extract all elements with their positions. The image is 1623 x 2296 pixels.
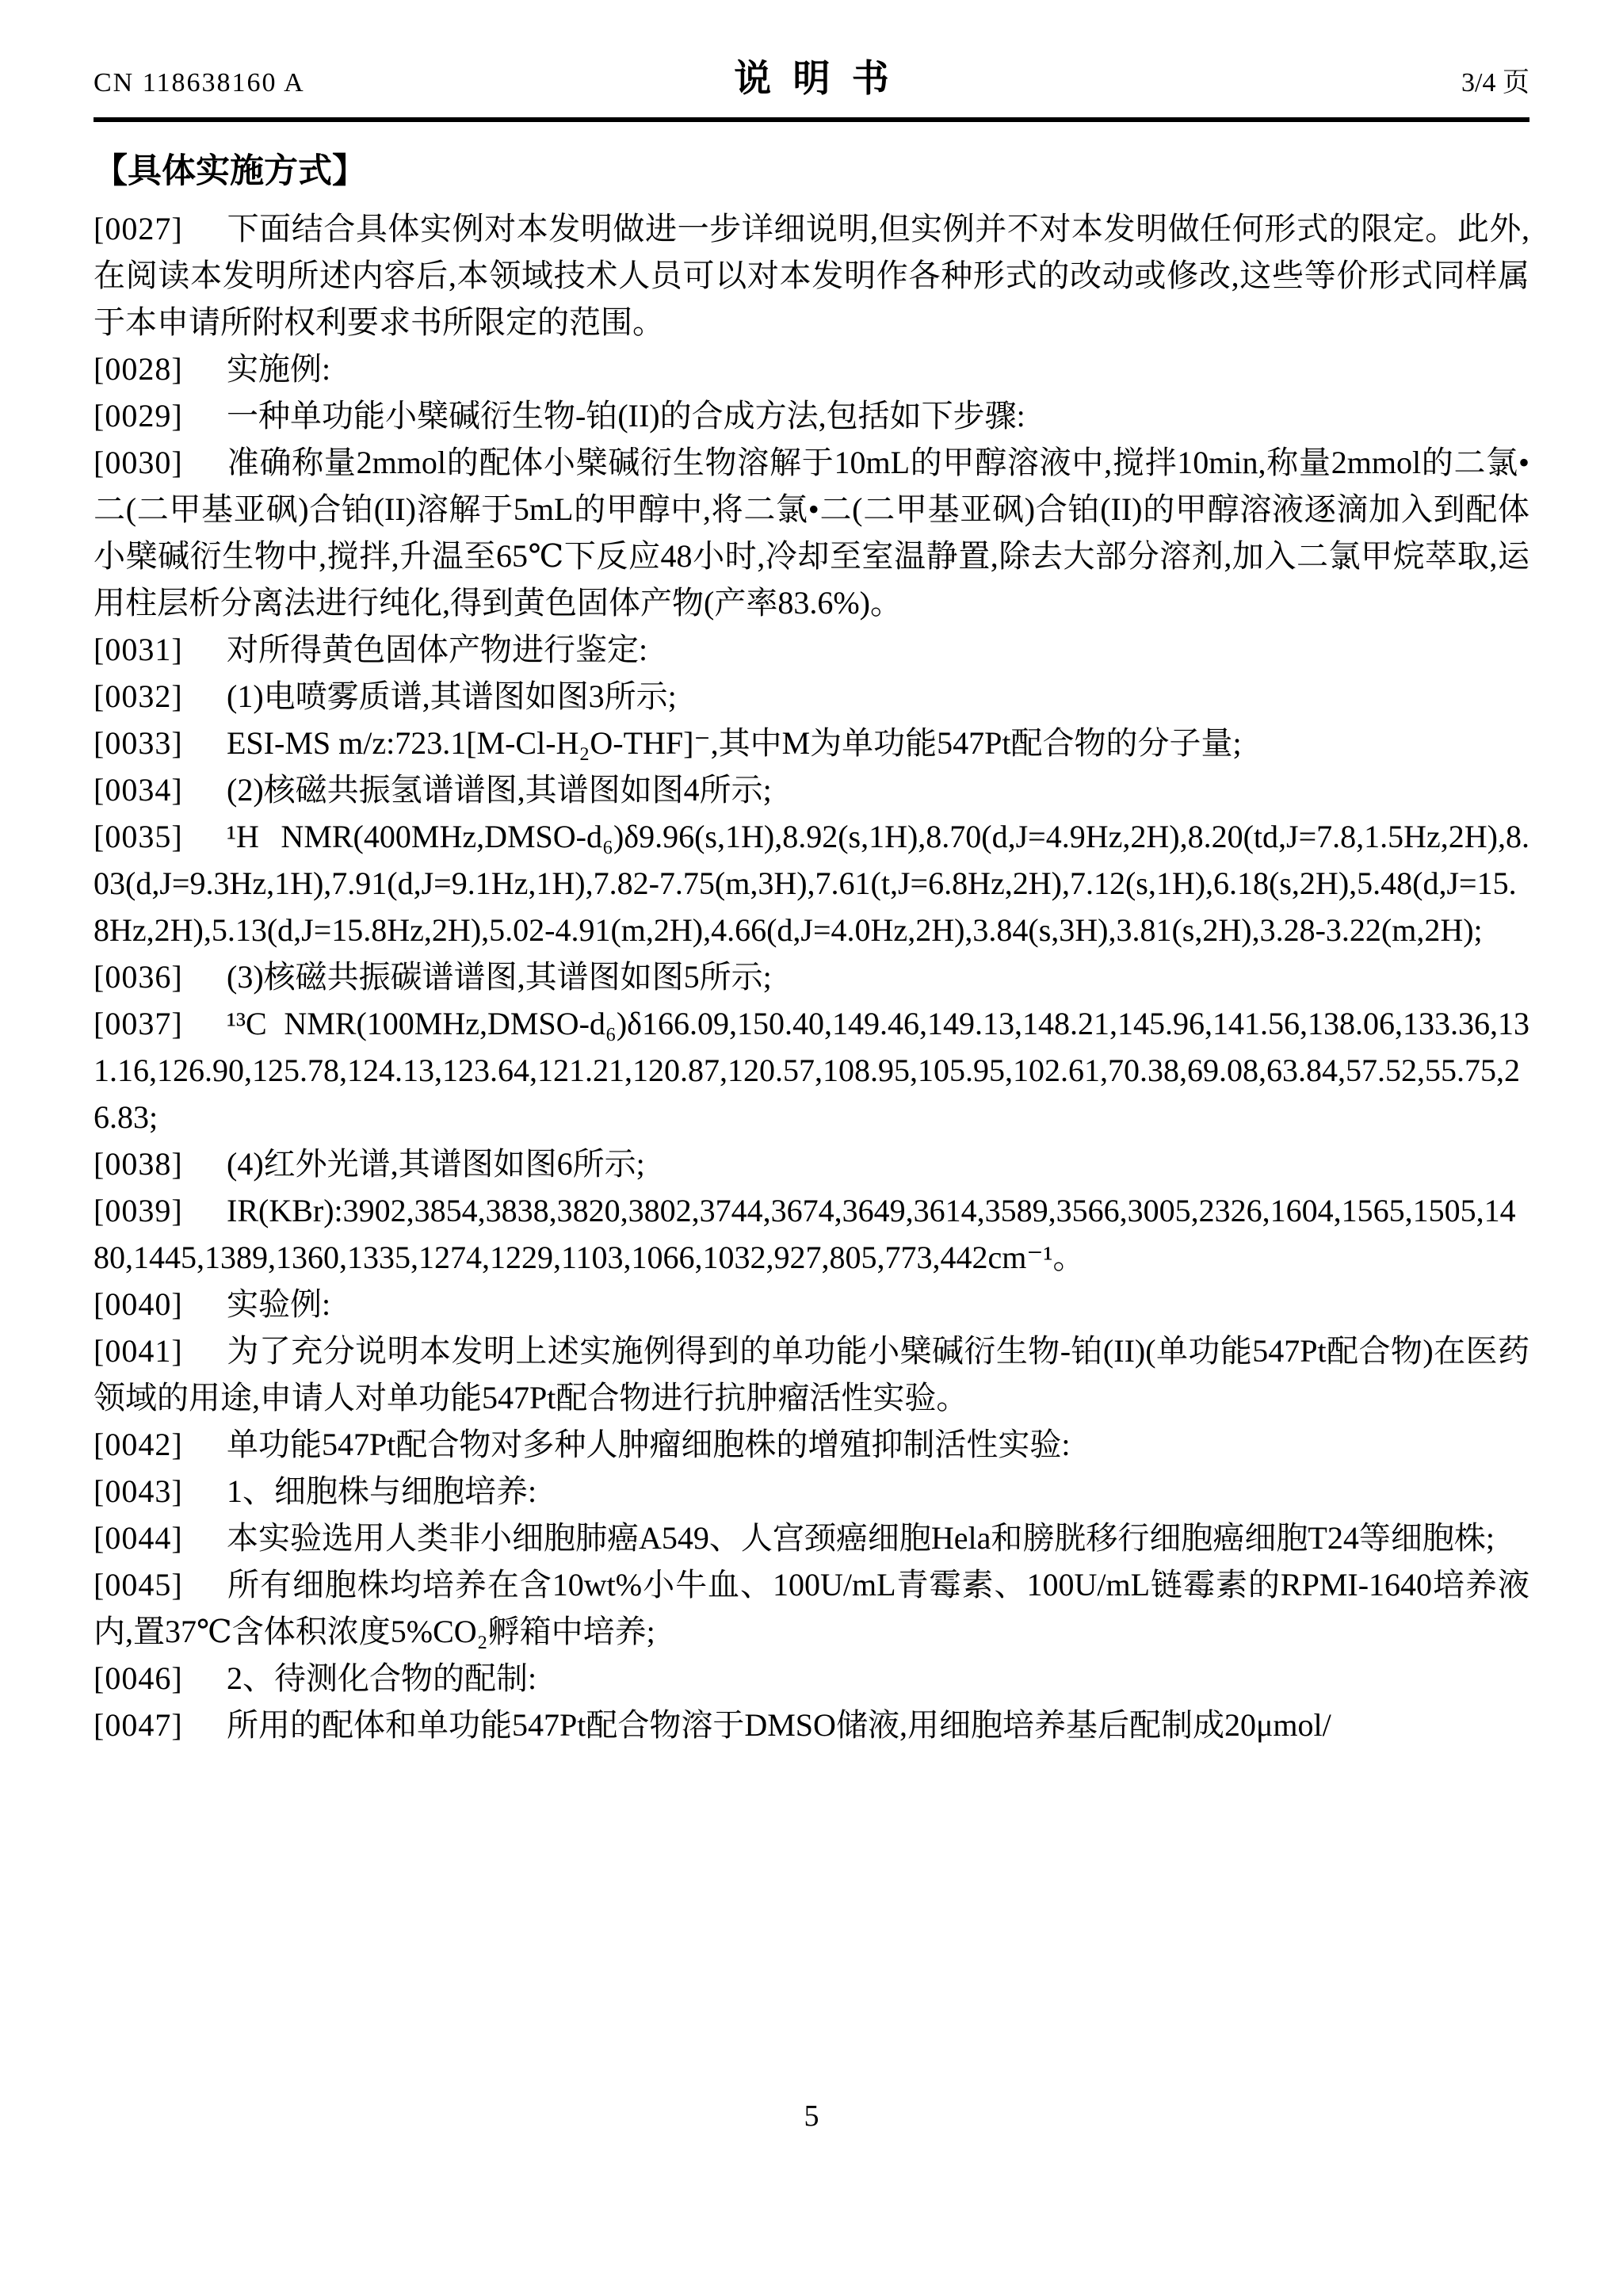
paragraph: [0033]ESI-MS m/z:723.1[M-Cl-H₂O-THF]⁻,其中… (94, 720, 1529, 766)
paragraph: [0036](3)核磁共振碳谱谱图,其谱图如图5所示; (94, 953, 1529, 1000)
paragraph-text: (3)核磁共振碳谱谱图,其谱图如图5所示; (227, 959, 772, 995)
section-heading: 【具体实施方式】 (94, 144, 1529, 193)
paragraph: [0030]准确称量2mmol的配体小檗碱衍生物溶解于10mL的甲醇溶液中,搅拌… (94, 439, 1529, 626)
paragraph-number: [0045] (94, 1561, 195, 1608)
paragraph: [0037]¹³C NMR(100MHz,DMSO-d₆)δ166.09,150… (94, 1000, 1529, 1140)
paragraph-text: 下面结合具体实例对本发明做进一步详细说明,但实例并不对本发明做任何形式的限定。此… (94, 211, 1529, 340)
paragraph-number: [0042] (94, 1421, 195, 1468)
paragraph: [0042]单功能547Pt配合物对多种人肿瘤细胞株的增殖抑制活性实验: (94, 1421, 1529, 1468)
paragraph-text: 实验例: (227, 1286, 330, 1322)
paragraph-number: [0038] (94, 1140, 195, 1187)
paragraph-number: [0036] (94, 953, 195, 1000)
paragraph-text: ¹H NMR(400MHz,DMSO-d₆)δ9.96(s,1H),8.92(s… (94, 819, 1529, 948)
paragraph-text: (1)电喷雾质谱,其谱图如图3所示; (227, 678, 677, 714)
paragraph: [0027]下面结合具体实例对本发明做进一步详细说明,但实例并不对本发明做任何形… (94, 205, 1529, 346)
page-indicator: 3/4 页 (1189, 60, 1529, 99)
paragraph: [0046]2、待测化合物的配制: (94, 1655, 1529, 1702)
paragraph-text: 实施例: (227, 351, 330, 387)
paragraph-text: 单功能547Pt配合物对多种人肿瘤细胞株的增殖抑制活性实验: (227, 1427, 1070, 1462)
paragraph-text: (4)红外光谱,其谱图如图6所示; (227, 1146, 645, 1182)
paragraph-text: 所用的配体和单功能547Pt配合物溶于DMSO储液,用细胞培养基后配制成20μm… (227, 1707, 1331, 1743)
specification-body: [0027]下面结合具体实例对本发明做进一步详细说明,但实例并不对本发明做任何形… (94, 205, 1529, 1748)
page-number: 5 (804, 2099, 819, 2133)
doc-title: 说明书 (434, 49, 1189, 102)
paragraph-text: 本实验选用人类非小细胞肺癌A549、人宫颈癌细胞Hela和膀胱移行细胞癌细胞T2… (227, 1520, 1495, 1556)
paragraph: [0029]一种单功能小檗碱衍生物-铂(II)的合成方法,包括如下步骤: (94, 392, 1529, 439)
page-footer: 5 (0, 2099, 1623, 2134)
paragraph-number: [0028] (94, 346, 195, 392)
paragraph-number: [0046] (94, 1655, 195, 1702)
paragraph: [0035]¹H NMR(400MHz,DMSO-d₆)δ9.96(s,1H),… (94, 813, 1529, 953)
paragraph-number: [0044] (94, 1515, 195, 1561)
paragraph-number: [0033] (94, 720, 195, 766)
paragraph-text: IR(KBr):3902,3854,3838,3820,3802,3744,36… (94, 1193, 1516, 1275)
paragraph-number: [0032] (94, 673, 195, 720)
paragraph: [0034](2)核磁共振氢谱谱图,其谱图如图4所示; (94, 766, 1529, 813)
paragraph-number: [0040] (94, 1281, 195, 1328)
doc-number: CN 118638160 A (94, 68, 434, 98)
paragraph: [0040]实验例: (94, 1281, 1529, 1328)
paragraph: [0028]实施例: (94, 346, 1529, 392)
paragraph: [0031]对所得黄色固体产物进行鉴定: (94, 626, 1529, 673)
paragraph-number: [0027] (94, 205, 195, 252)
paragraph-text: ¹³C NMR(100MHz,DMSO-d₆)δ166.09,150.40,14… (94, 1006, 1529, 1135)
paragraph-text: 2、待测化合物的配制: (227, 1660, 537, 1696)
paragraph-text: 一种单功能小檗碱衍生物-铂(II)的合成方法,包括如下步骤: (227, 398, 1025, 434)
paragraph-text: 准确称量2mmol的配体小檗碱衍生物溶解于10mL的甲醇溶液中,搅拌10min,… (94, 445, 1529, 621)
paragraph: [0044]本实验选用人类非小细胞肺癌A549、人宫颈癌细胞Hela和膀胱移行细… (94, 1515, 1529, 1561)
paragraph-number: [0047] (94, 1702, 195, 1748)
paragraph-number: [0041] (94, 1328, 195, 1374)
paragraph: [0043]1、细胞株与细胞培养: (94, 1468, 1529, 1515)
paragraph-number: [0043] (94, 1468, 195, 1515)
paragraph-number: [0039] (94, 1187, 195, 1234)
page-header: CN 118638160 A 说明书 3/4 页 (94, 49, 1529, 90)
paragraph: [0039]IR(KBr):3902,3854,3838,3820,3802,3… (94, 1187, 1529, 1281)
paragraph-number: [0029] (94, 392, 195, 439)
paragraph: [0038](4)红外光谱,其谱图如图6所示; (94, 1140, 1529, 1187)
paragraph: [0045]所有细胞株均培养在含10wt%小牛血、100U/mL青霉素、100U… (94, 1561, 1529, 1655)
paragraph-text: 所有细胞株均培养在含10wt%小牛血、100U/mL青霉素、100U/mL链霉素… (94, 1567, 1529, 1649)
paragraph: [0047]所用的配体和单功能547Pt配合物溶于DMSO储液,用细胞培养基后配… (94, 1702, 1529, 1748)
paragraph: [0032](1)电喷雾质谱,其谱图如图3所示; (94, 673, 1529, 720)
paragraph-text: (2)核磁共振氢谱谱图,其谱图如图4所示; (227, 772, 772, 808)
header-divider (94, 117, 1529, 122)
paragraph-number: [0030] (94, 439, 195, 486)
paragraph-text: 对所得黄色固体产物进行鉴定: (227, 632, 647, 667)
paragraph: [0041]为了充分说明本发明上述实施例得到的单功能小檗碱衍生物-铂(II)(单… (94, 1328, 1529, 1421)
patent-page: CN 118638160 A 说明书 3/4 页 【具体实施方式】 [0027]… (0, 0, 1623, 2296)
paragraph-number: [0031] (94, 626, 195, 673)
paragraph-number: [0034] (94, 766, 195, 813)
paragraph-number: [0037] (94, 1000, 195, 1047)
paragraph-text: 为了充分说明本发明上述实施例得到的单功能小檗碱衍生物-铂(II)(单功能547P… (94, 1333, 1529, 1415)
paragraph-text: ESI-MS m/z:723.1[M-Cl-H₂O-THF]⁻,其中M为单功能5… (227, 725, 1242, 761)
paragraph-number: [0035] (94, 813, 195, 860)
paragraph-text: 1、细胞株与细胞培养: (227, 1473, 537, 1509)
